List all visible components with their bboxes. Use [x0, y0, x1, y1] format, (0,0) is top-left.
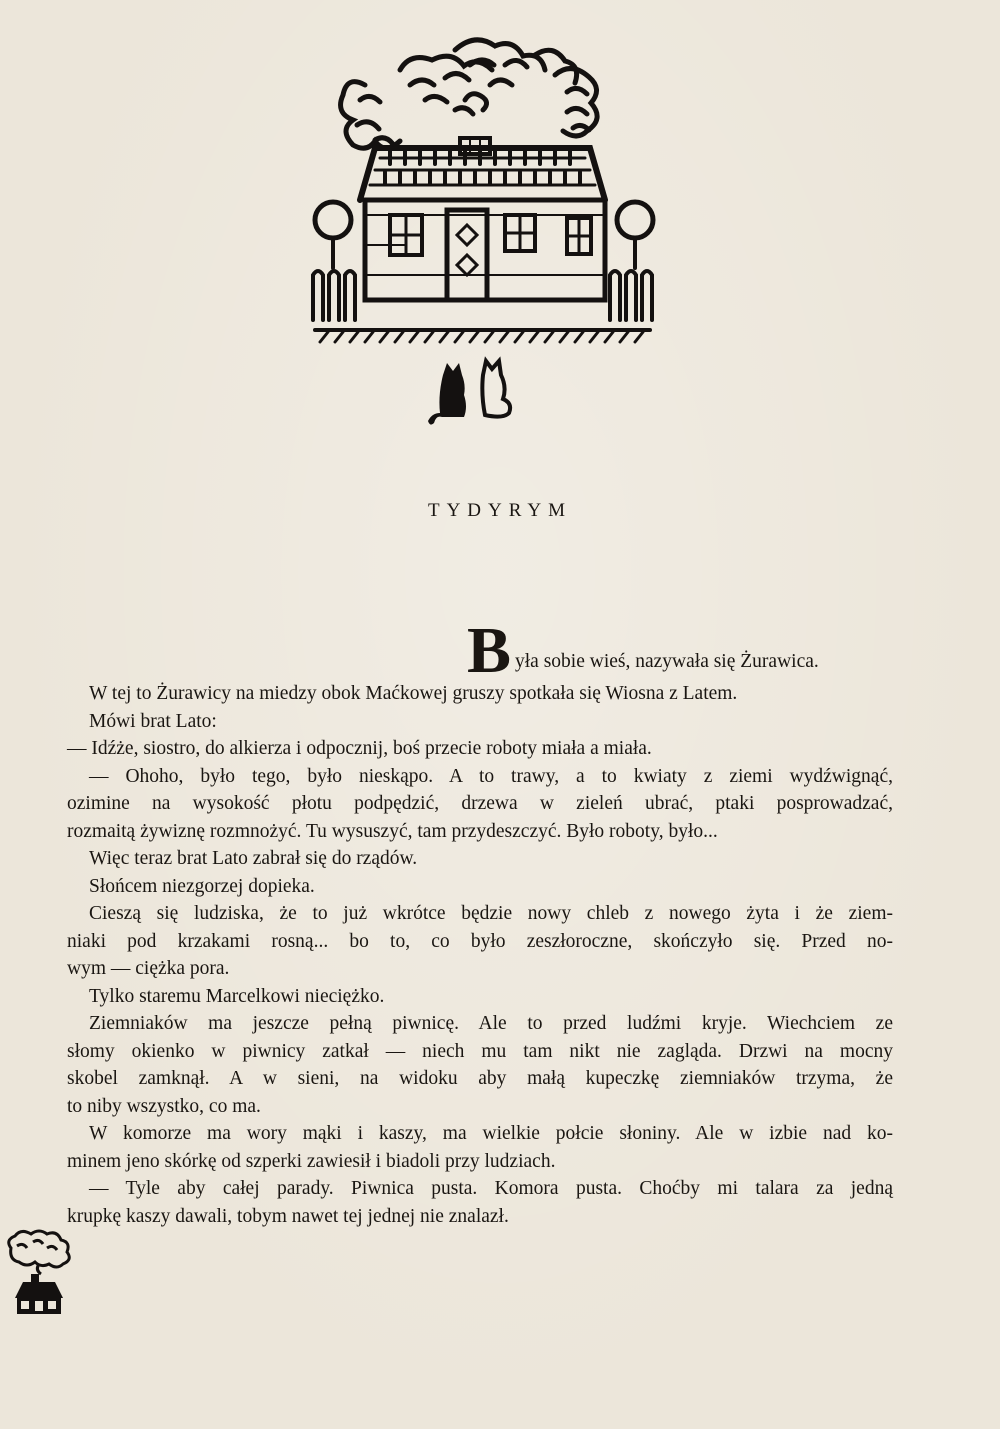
text-line: Więc teraz brat Lato zabrał się do rządó…: [67, 845, 893, 873]
text-line: Ziemniaków ma jeszcze pełną piwnicę. Ale…: [67, 1010, 893, 1038]
text-line: rozmaitą żywiznę rozmnożyć. Tu wysuszyć,…: [67, 818, 893, 846]
text-line: Mówi brat Lato:: [67, 708, 893, 736]
text-line: ozimine na wysokość płotu podpędzić, drz…: [67, 790, 893, 818]
book-page: TYDYRYM B yła sobie wieś, nazywała się Ż…: [0, 0, 1000, 1429]
chapter-body: B yła sobie wieś, nazywała się Żurawica.…: [67, 630, 893, 1230]
cottage-woodcut-icon: [305, 30, 660, 430]
text-line: W komorze ma wory mąki i kaszy, ma wielk…: [67, 1120, 893, 1148]
text-line: skobel zamknął. A w sieni, na widoku aby…: [67, 1065, 893, 1093]
text-line: — Idźże, siostro, do alkierza i odpoczni…: [67, 735, 893, 763]
drop-cap: B: [467, 618, 511, 684]
text-line: — Tyle aby całej parady. Piwnica pusta. …: [67, 1175, 893, 1203]
small-cottage-icon: [3, 1228, 83, 1318]
opening-paragraph: B yła sobie wieś, nazywała się Żurawica.: [67, 630, 893, 680]
text-line: krupkę kaszy dawali, tobym nawet tej jed…: [67, 1203, 893, 1231]
text-line: słomy okienko w piwnicy zatkał — niech m…: [67, 1038, 893, 1066]
text-lines: W tej to Żurawicy na miedzy obok Maćkowe…: [67, 680, 893, 1230]
text-line: Cieszą się ludziska, że to już wkrótce b…: [67, 900, 893, 928]
text-line: minem jeno skórkę od szperki zawiesił i …: [67, 1148, 893, 1176]
text-line: Tylko staremu Marcelkowi nieciężko.: [67, 983, 893, 1011]
text-line: to niby wszystko, co ma.: [67, 1093, 893, 1121]
text-line: — Ohoho, było tego, było nieskąpo. A to …: [67, 763, 893, 791]
chapter-title: TYDYRYM: [0, 500, 1000, 522]
text-line: wym — ciężka pora.: [67, 955, 893, 983]
opening-line: yła sobie wieś, nazywała się Żurawica.: [515, 648, 819, 676]
text-line: niaki pod krzakami rosną... bo to, co by…: [67, 928, 893, 956]
text-line: Słońcem niezgorzej dopieka.: [67, 873, 893, 901]
